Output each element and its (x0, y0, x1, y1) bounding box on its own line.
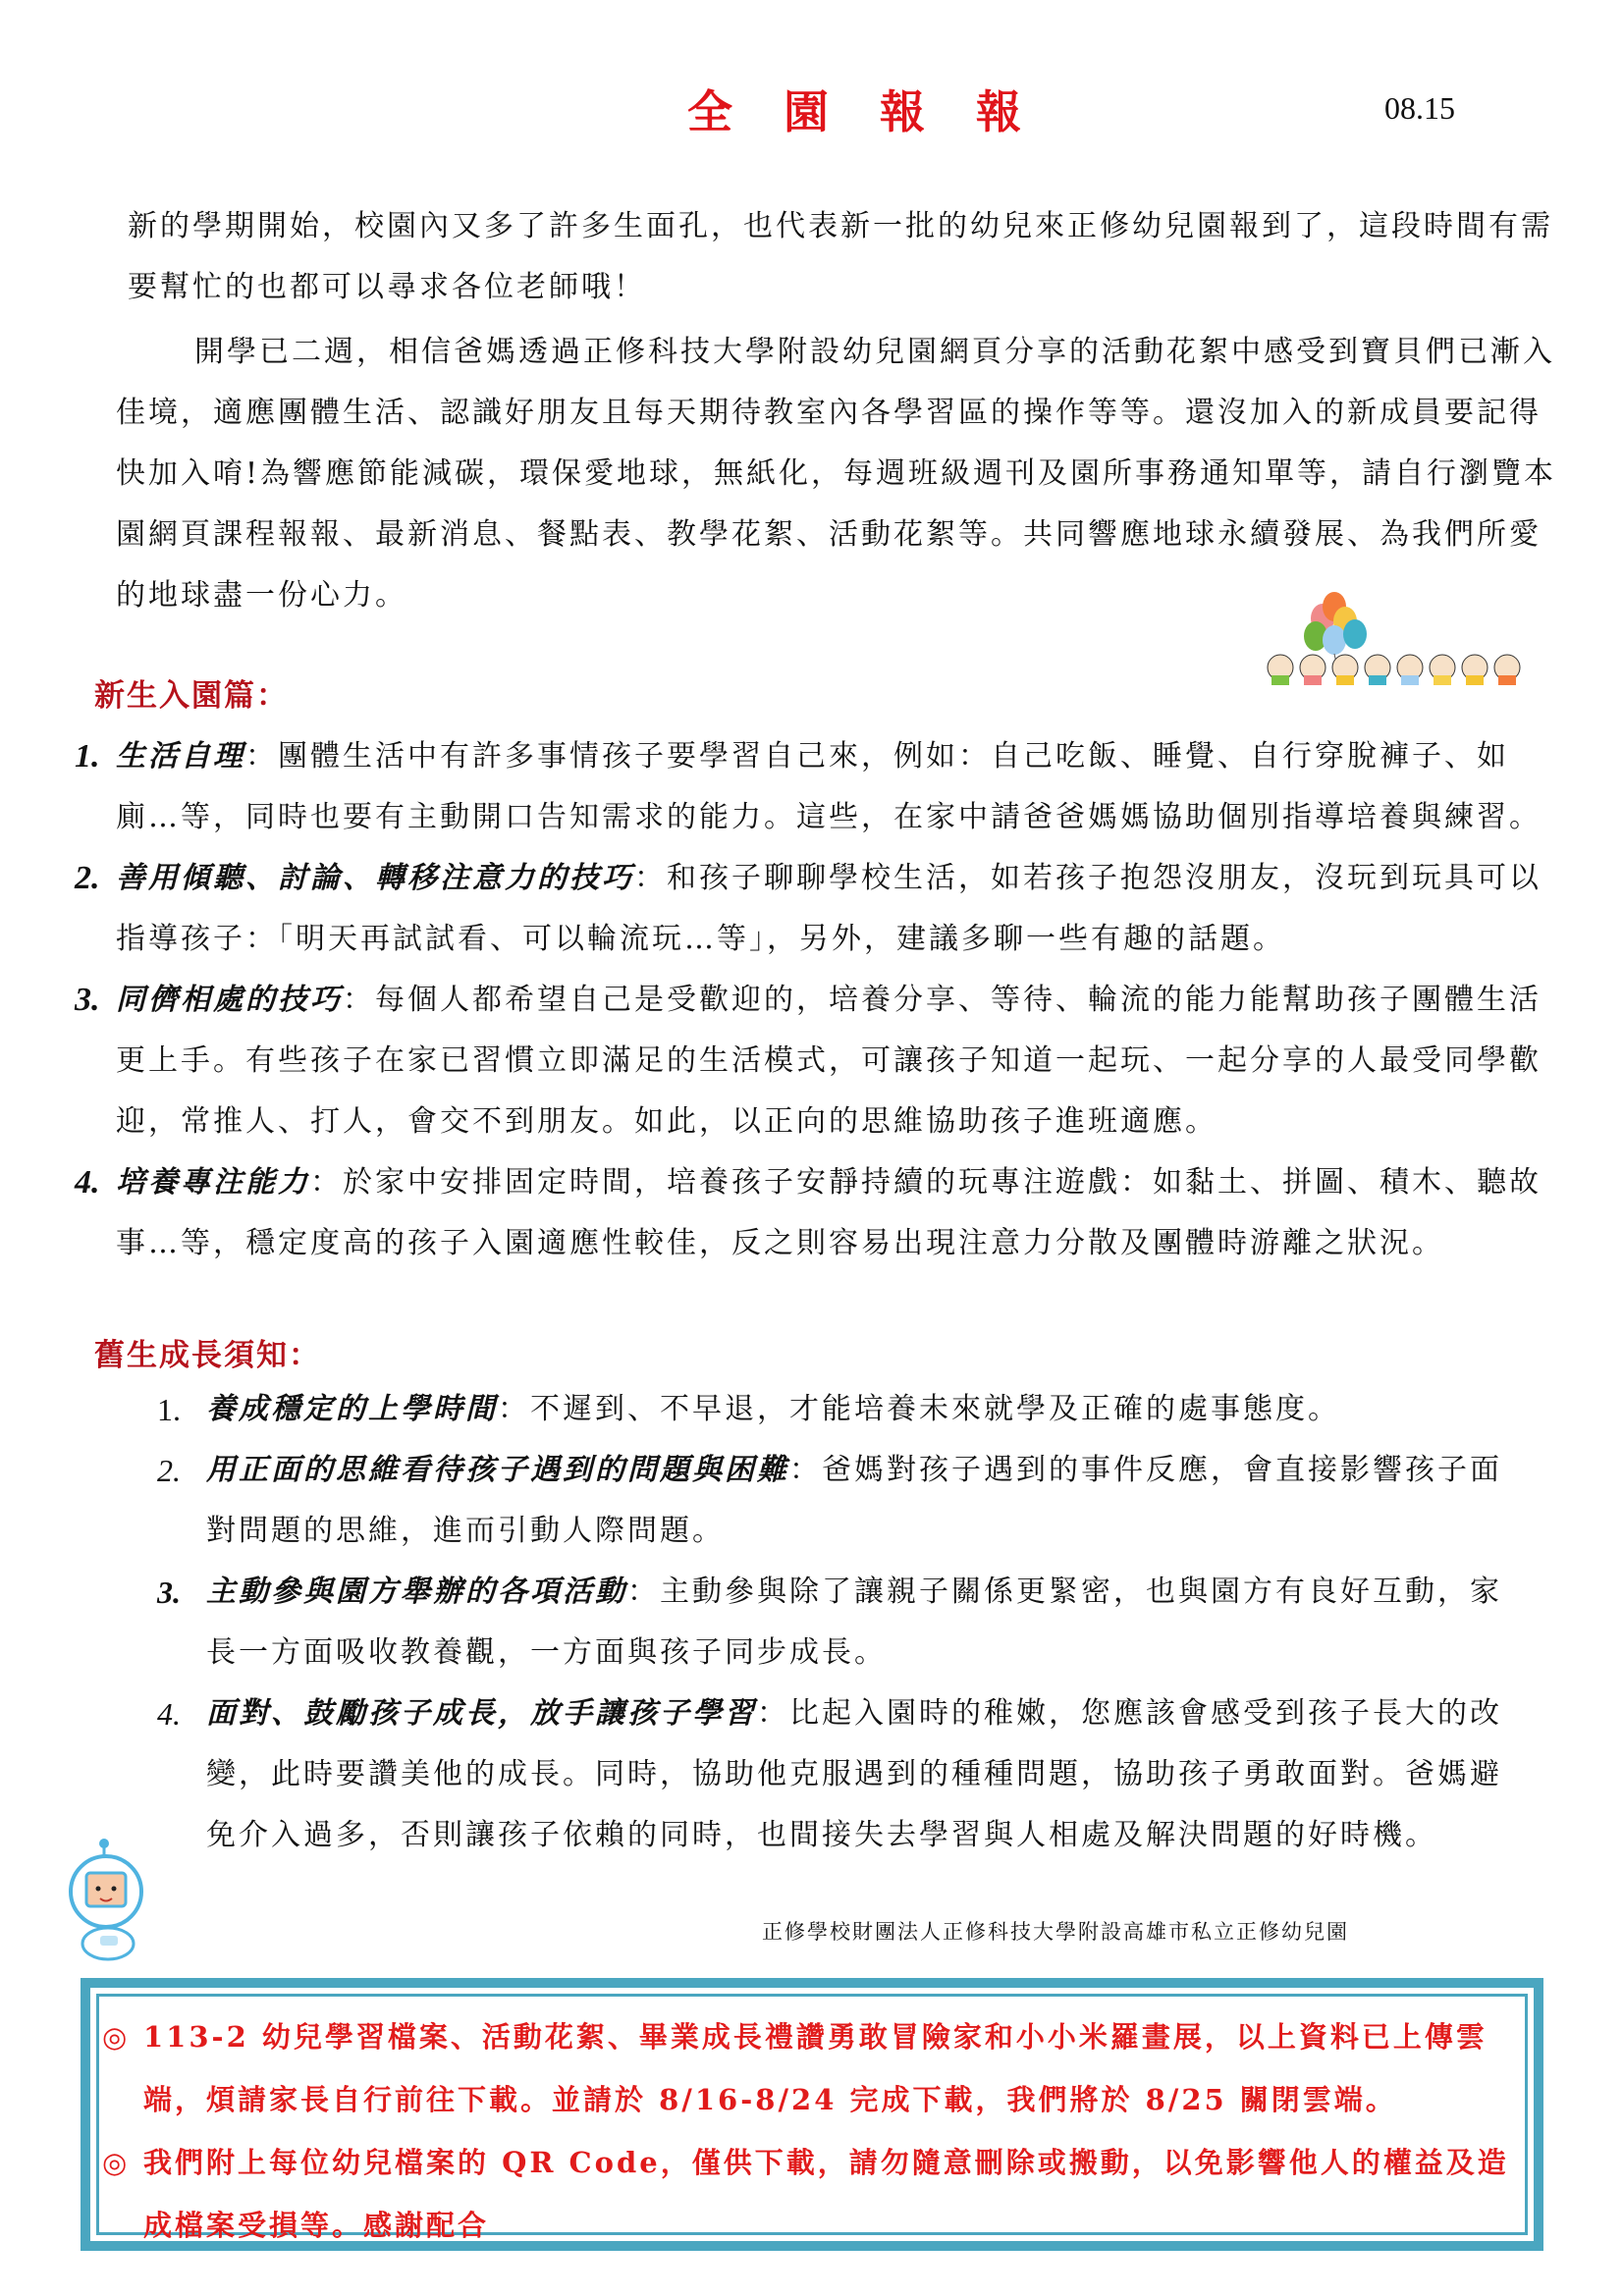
section-heading-returning-students: 舊生成長須知： (94, 1330, 321, 1374)
item-text: ：團體生活中有許多事情孩子要學習自己來，例如：自己吃飯、睡覺、自行穿脫褲子、如廁… (116, 739, 1542, 834)
item-keyword: 善用傾聽、討論、轉移注意力的技巧 (116, 861, 634, 895)
item-number: 4. (75, 1152, 100, 1213)
double-circle-bullet-icon: ◎ (102, 2131, 143, 2194)
astronaut-robot-illustration (57, 1838, 165, 1965)
item-keyword: 主動參與園方舉辦的各項活動 (206, 1575, 627, 1609)
list-item: 1.生活自理：團體生活中有許多事情孩子要學習自己來，例如：自己吃飯、睡覺、自行穿… (75, 726, 1567, 848)
returning-students-list: 1.養成穩定的上學時間：不遲到、不早退，才能培養未來就學及正確的處事態度。 2.… (157, 1379, 1532, 1866)
item-number: 1. (75, 726, 100, 787)
title-char: 全 (687, 77, 732, 141)
item-keyword: 生活自理 (116, 739, 245, 774)
robot-icon (57, 1838, 165, 1965)
notice-line-text: 我們附上每位幼兒檔案的 QR Code，僅供下載，請勿隨意刪除或搬動，以免影響他… (143, 2146, 1509, 2242)
title-char: 園 (784, 77, 829, 141)
list-item: 3.同儕相處的技巧：每個人都希望自己是受歡迎的，培養分享、等待、輪流的能力能幫助… (75, 970, 1567, 1152)
item-number: 3. (157, 1562, 181, 1623)
notice-text: ◎113-2 幼兒學習檔案、活動花絮、畢業成長禮讚勇敢冒險家和小小米羅畫展，以上… (102, 2005, 1516, 2257)
notice-line-text: 113-2 幼兒學習檔案、活動花絮、畢業成長禮讚勇敢冒險家和小小米羅畫展，以上資… (143, 2020, 1488, 2116)
item-keyword: 培養專注能力 (116, 1165, 310, 1200)
children-balloons-illustration (1239, 577, 1534, 685)
item-keyword: 用正面的思維看待孩子遇到的問題與困難 (206, 1453, 789, 1487)
item-number: 2. (157, 1440, 181, 1501)
organization-name: 正修學校財團法人正修科技大學附設高雄市私立正修幼兒園 (762, 1916, 1349, 1946)
item-text: ：於家中安排固定時間，培養孩子安靜持續的玩專注遊戲：如黏土、拼圖、積木、聽故事…… (116, 1165, 1542, 1260)
list-item: 3.主動參與園方舉辦的各項活動：主動參與除了讓親子關係更緊密，也與園方有良好互動… (157, 1562, 1532, 1683)
item-keyword: 同儕相處的技巧 (116, 983, 343, 1017)
newsletter-title: 全園報報 (687, 77, 1072, 141)
issue-date: 08.15 (1384, 90, 1455, 127)
list-item: 2.善用傾聽、討論、轉移注意力的技巧：和孩子聊聊學校生活，如若孩子抱怨沒朋友，沒… (75, 848, 1567, 970)
children-icon (1268, 655, 1520, 685)
list-item: 2.用正面的思維看待孩子遇到的問題與困難：爸媽對孩子遇到的事件反應，會直接影響孩… (157, 1440, 1532, 1562)
notice-line: ◎我們附上每位幼兒檔案的 QR Code，僅供下載，請勿隨意刪除或搬動，以免影響… (102, 2131, 1516, 2257)
notice-line: ◎113-2 幼兒學習檔案、活動花絮、畢業成長禮讚勇敢冒險家和小小米羅畫展，以上… (102, 2005, 1516, 2131)
item-number: 2. (75, 848, 100, 909)
title-char: 報 (976, 77, 1021, 141)
item-number: 1. (157, 1379, 181, 1440)
notice-box: ◎113-2 幼兒學習檔案、活動花絮、畢業成長禮讚勇敢冒險家和小小米羅畫展，以上… (81, 1978, 1543, 2251)
section-heading-new-students: 新生入園篇： (94, 670, 289, 715)
list-item: 4.面對、鼓勵孩子成長，放手讓孩子學習：比起入園時的稚嫩，您應該會感受到孩子長大… (157, 1683, 1532, 1866)
title-char: 報 (880, 77, 925, 141)
item-text: ：不遲到、不早退，才能培養未來就學及正確的處事態度。 (498, 1392, 1340, 1426)
intro-paragraph-1: 新的學期開始，校園內又多了許多生面孔，也代表新一批的幼兒來正修幼兒園報到了，這段… (128, 196, 1571, 318)
new-students-list: 1.生活自理：團體生活中有許多事情孩子要學習自己來，例如：自己吃飯、睡覺、自行穿… (75, 726, 1567, 1274)
item-keyword: 面對、鼓勵孩子成長，放手讓孩子學習 (206, 1696, 757, 1731)
list-item: 4.培養專注能力：於家中安排固定時間，培養孩子安靜持續的玩專注遊戲：如黏土、拼圖… (75, 1152, 1567, 1274)
double-circle-bullet-icon: ◎ (102, 2005, 143, 2068)
list-item: 1.養成穩定的上學時間：不遲到、不早退，才能培養未來就學及正確的處事態度。 (157, 1379, 1532, 1440)
item-number: 4. (157, 1683, 181, 1744)
item-number: 3. (75, 970, 100, 1031)
item-keyword: 養成穩定的上學時間 (206, 1392, 498, 1426)
